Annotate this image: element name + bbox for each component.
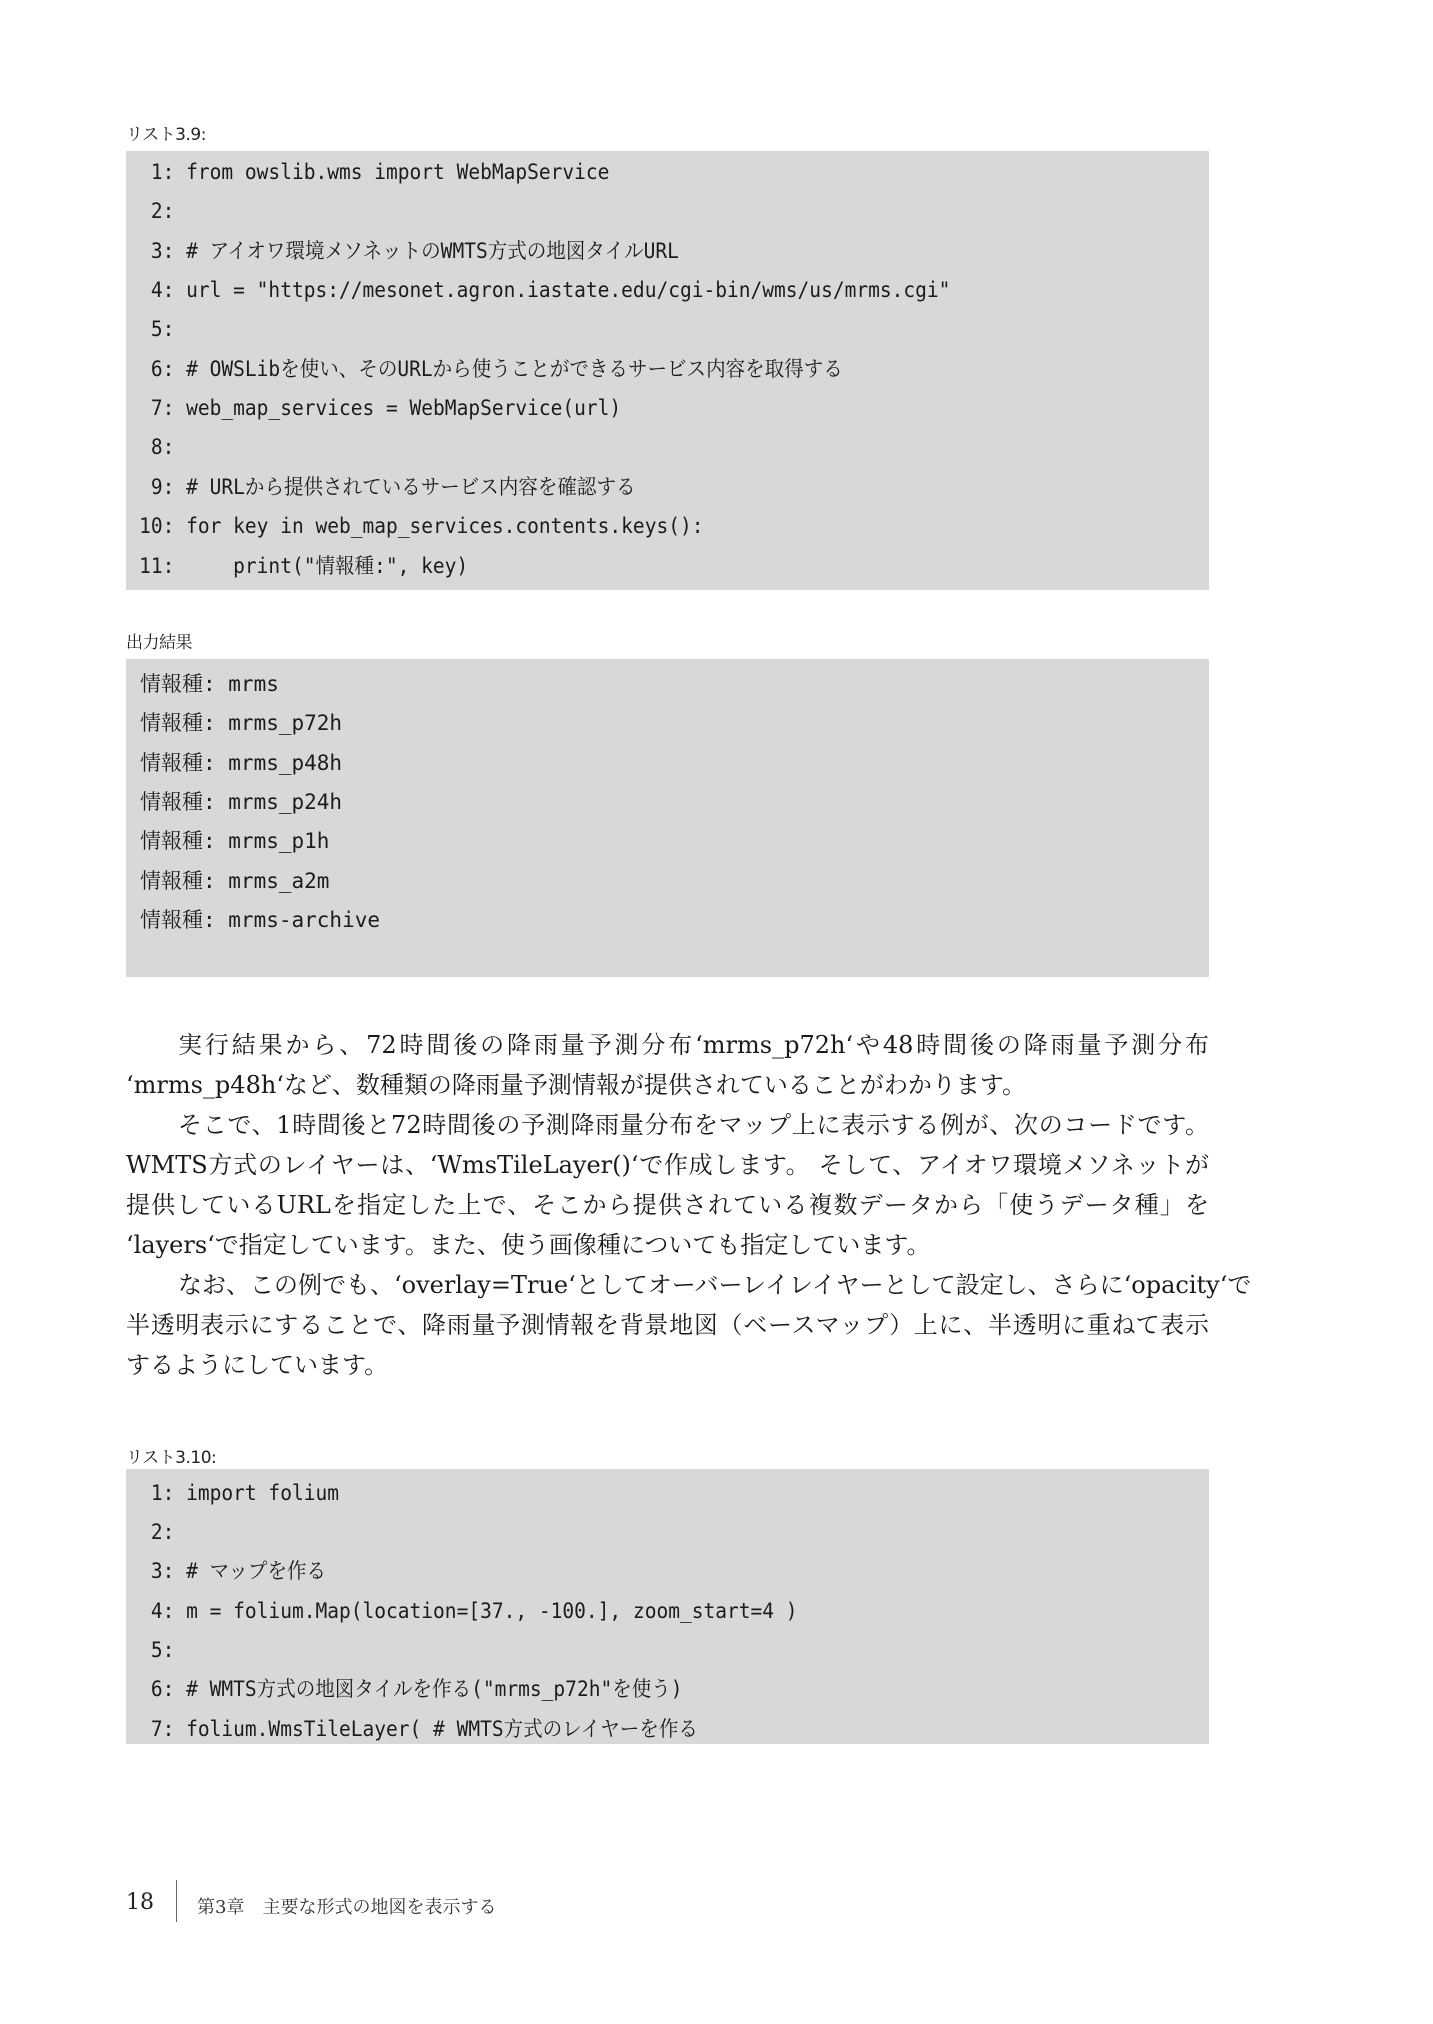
paragraph-line: するようにしています。 [126, 1350, 1209, 1380]
line-number: 6: [126, 1677, 174, 1701]
code-line: 9: # URLから提供されているサービス内容を確認する [126, 475, 636, 499]
code-line: 1: from owslib.wms import WebMapService [126, 160, 609, 184]
paragraph-line: 半透明表示にすることで、降雨量予測情報を背景地図（ベースマップ）上に、半透明に重… [126, 1310, 1209, 1340]
output-line: 情報種: mrms-archive [140, 908, 380, 932]
line-code: # マップを作る [186, 1559, 326, 1583]
line-code: url = "https://mesonet.agron.iastate.edu… [186, 278, 950, 302]
code-block-listing-3-10: 1: import folium 2: 3: # マップを作る 4: m = f… [126, 1469, 1209, 1744]
line-number: 3: [126, 1559, 174, 1583]
line-number: 2: [126, 199, 174, 223]
code-line: 7: web_map_services = WebMapService(url) [126, 396, 621, 420]
code-line: 5: [126, 1638, 186, 1662]
line-number: 10: [126, 514, 174, 538]
code-line: 2: [126, 1520, 186, 1544]
code-line: 8: [126, 435, 186, 459]
output-line: 情報種: mrms_a2m [140, 869, 329, 893]
line-number: 3: [126, 239, 174, 263]
line-code: for key in web_map_services.contents.key… [186, 514, 703, 538]
code-line: 1: import folium [126, 1481, 339, 1505]
paragraph-line: WMTS方式のレイヤーは、‘WmsTileLayer()‘で作成します。 そして… [126, 1150, 1209, 1180]
line-number: 1: [126, 1481, 174, 1505]
chapter-title: 第3章 主要な形式の地図を表示する [197, 1893, 496, 1919]
code-line: 6: # OWSLibを使い、そのURLから使うことができるサービス内容を取得す… [126, 357, 843, 381]
paragraph-line: ‘mrms_p48h‘など、数種類の降雨量予測情報が提供されていることがわかりま… [126, 1070, 1209, 1100]
line-code: # アイオワ環境メソネットのWMTS方式の地図タイルURL [186, 239, 679, 263]
code-line: 5: [126, 317, 186, 341]
paragraph-line: 実行結果から、72時間後の降雨量予測分布‘mrms_p72h‘や48時間後の降雨… [126, 1030, 1209, 1060]
code-line: 6: # WMTS方式の地図タイルを作る("mrms_p72h"を使う) [126, 1677, 683, 1701]
output-caption: 出力結果 [126, 628, 192, 653]
page-number: 18 [126, 1890, 154, 1915]
code-line: 4: m = folium.Map(location=[37., -100.],… [126, 1599, 798, 1623]
code-line: 3: # アイオワ環境メソネットのWMTS方式の地図タイルURL [126, 239, 679, 263]
line-number: 4: [126, 1599, 174, 1623]
line-number: 9: [126, 475, 174, 499]
output-block: 情報種: mrms 情報種: mrms_p72h 情報種: mrms_p48h … [126, 659, 1209, 977]
footer-divider [176, 1880, 177, 1922]
line-number: 5: [126, 1638, 174, 1662]
line-number: 6: [126, 357, 174, 381]
line-code: m = folium.Map(location=[37., -100.], zo… [186, 1599, 797, 1623]
paragraph-line: ‘layers‘で指定しています。また、使う画像種についても指定しています。 [126, 1230, 1209, 1260]
line-code: folium.WmsTileLayer( # WMTS方式のレイヤーを作る [186, 1717, 698, 1741]
line-code: # WMTS方式の地図タイルを作る("mrms_p72h"を使う) [186, 1677, 682, 1701]
code-line: 3: # マップを作る [126, 1559, 326, 1583]
line-number: 7: [126, 1717, 174, 1741]
line-number: 4: [126, 278, 174, 302]
paragraph-line: なお、この例でも、‘overlay=True‘としてオーバーレイレイヤーとして設… [126, 1270, 1209, 1300]
line-number: 8: [126, 435, 174, 459]
line-number: 2: [126, 1520, 174, 1544]
code-block-listing-3-9: 1: from owslib.wms import WebMapService … [126, 151, 1209, 590]
output-line: 情報種: mrms_p48h [140, 751, 342, 775]
code-line: 7: folium.WmsTileLayer( # WMTS方式のレイヤーを作る [126, 1717, 698, 1741]
line-code: # URLから提供されているサービス内容を確認する [186, 475, 635, 499]
line-code: import folium [186, 1481, 339, 1505]
code-line: 10: for key in web_map_services.contents… [126, 514, 703, 538]
output-line: 情報種: mrms_p1h [140, 829, 329, 853]
output-line: 情報種: mrms [140, 672, 279, 696]
code-line: 4: url = "https://mesonet.agron.iastate.… [126, 278, 950, 302]
listing-caption: リスト3.9: [126, 120, 206, 145]
paragraph-line: そこで、1時間後と72時間後の予測降雨量分布をマップ上に表示する例が、次のコード… [126, 1110, 1209, 1140]
paragraph-line: 提供しているURLを指定した上で、そこから提供されている複数データから「使うデー… [126, 1190, 1209, 1220]
line-number: 5: [126, 317, 174, 341]
code-line: 11: print("情報種:", key) [126, 554, 468, 578]
code-line: 2: [126, 199, 186, 223]
line-code: from owslib.wms import WebMapService [186, 160, 609, 184]
line-code: # OWSLibを使い、そのURLから使うことができるサービス内容を取得する [186, 357, 843, 381]
line-number: 7: [126, 396, 174, 420]
line-code: print("情報種:", key) [186, 554, 468, 578]
line-code: web_map_services = WebMapService(url) [186, 396, 621, 420]
listing-caption: リスト3.10: [126, 1443, 216, 1468]
line-number: 11: [126, 554, 174, 578]
output-line: 情報種: mrms_p72h [140, 711, 342, 735]
line-number: 1: [126, 160, 174, 184]
output-line: 情報種: mrms_p24h [140, 790, 342, 814]
